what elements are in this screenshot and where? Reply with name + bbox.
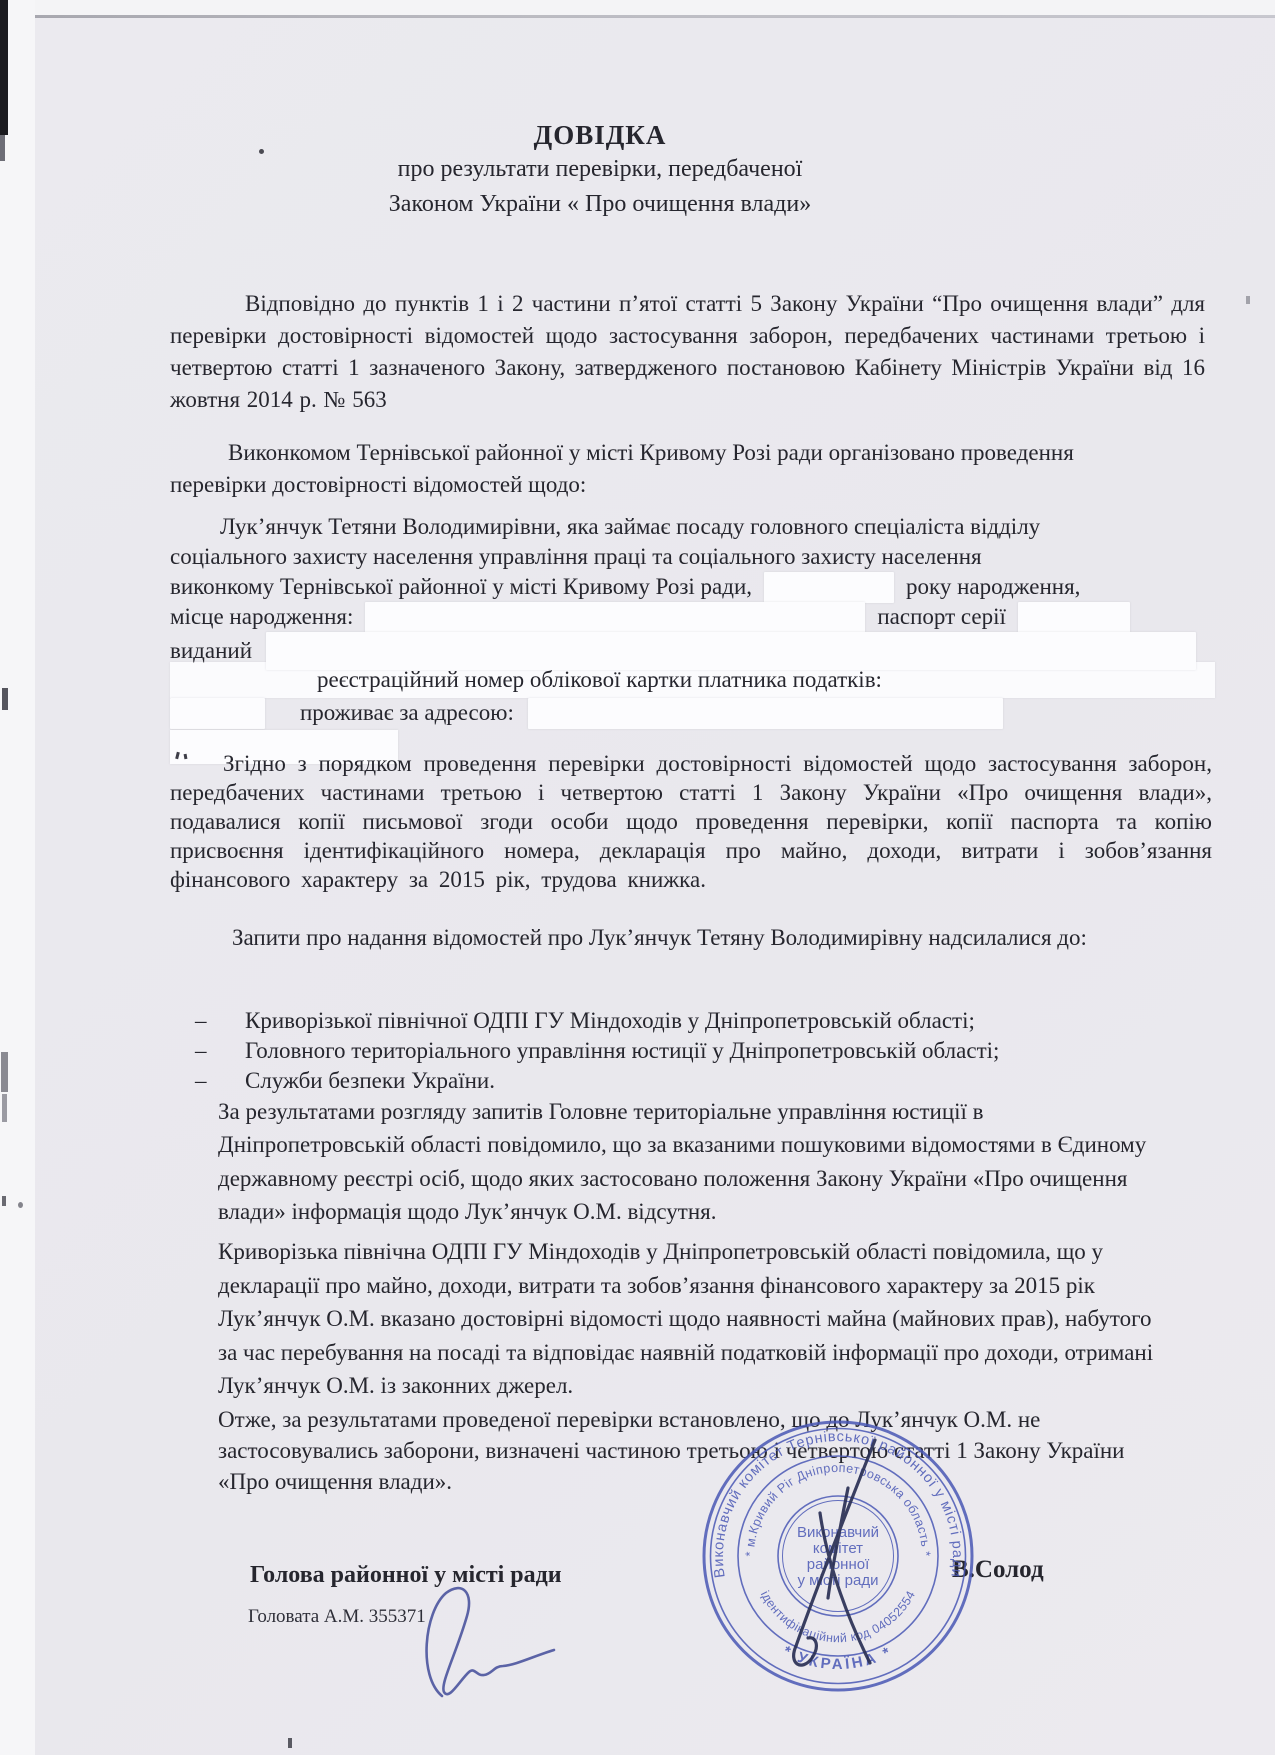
paragraph-person: Лук’янчук Тетяни Володимирівни, яка займ… (170, 512, 1215, 764)
person-line-3: виконкому Тернівської районної у місті К… (170, 572, 1215, 602)
request-list: –Криворізької північної ОДПІ ГУ Міндоход… (170, 1005, 1212, 1095)
dash-bullet: – (195, 1035, 207, 1067)
list-item: –Криворізької північної ОДПІ ГУ Міндоход… (170, 1005, 1212, 1035)
page-edge-shadow (35, 15, 1275, 18)
person-line-5: виданий (170, 632, 1215, 662)
person-line-7: проживає за адресою: (170, 698, 1215, 728)
clerk-reference: Головата А.М. 355371 (248, 1606, 426, 1628)
issued-label: виданий (170, 638, 252, 663)
paragraph-tax-result: Криворізька північна ОДПІ ГУ Міндоходів … (218, 1235, 1158, 1403)
dash-bullet: – (195, 1005, 207, 1037)
person-line-4: місце народження:паспорт серії (170, 602, 1215, 632)
birthplace-label: місце народження: (170, 604, 353, 629)
scan-artifact (288, 1738, 292, 1748)
handwritten-signature (412, 1584, 572, 1709)
redaction-box (528, 698, 1003, 729)
document-title: ДОВІДКА (170, 118, 1030, 152)
subtitle-line-2: Законом України « Про очищення влади» (170, 187, 1030, 222)
title-block: ДОВІДКА про результати перевірки, передб… (170, 118, 1030, 222)
address-label: проживає за адресою: (300, 700, 514, 725)
stamp-center-line-3: районної (807, 1556, 870, 1573)
paragraph-intro: Відповідно до пунктів 1 і 2 частини п’ят… (170, 288, 1205, 416)
scan-artifact (1, 1052, 8, 1092)
scan-artifact (2, 1094, 7, 1122)
scan-artifact (1246, 296, 1250, 304)
list-item: –Служби безпеки України. (170, 1065, 1212, 1095)
redaction-box (1018, 602, 1130, 633)
paragraph-conclusion: Отже, за результатами проведеної перевір… (218, 1404, 1158, 1497)
redaction-box (365, 602, 865, 633)
signature-stroke (427, 1588, 554, 1696)
person-line-3-text: виконкому Тернівської районної у місті К… (170, 574, 752, 599)
scan-artifact (2, 1196, 6, 1206)
passport-label: паспорт серії (877, 604, 1006, 629)
redaction-box (170, 698, 265, 729)
scan-artifact (18, 1202, 23, 1208)
birth-year-label: року народження, (906, 574, 1080, 599)
subtitle-line-1: про результати перевірки, передбаченої (170, 152, 1030, 187)
tax-number-label: реєстраційний номер облікової картки пла… (317, 667, 882, 692)
scan-artifact (0, 0, 8, 135)
list-item: –Головного територіального управління юс… (170, 1035, 1212, 1065)
person-line-2: соціального захисту населення управління… (170, 542, 1215, 572)
scanner-margin (0, 0, 35, 1755)
paragraph-procedure: Згідно з порядком проведення перевірки д… (170, 749, 1212, 894)
scan-artifact (0, 135, 5, 161)
dash-bullet: – (195, 1065, 207, 1097)
paragraph-requests: Запити про надання відомостей про Лук’ян… (170, 922, 1130, 953)
person-line-1: Лук’янчук Тетяни Володимирівни, яка займ… (170, 512, 1215, 542)
scan-artifact (2, 688, 8, 710)
redaction-box (764, 572, 894, 603)
paragraph-organizer: Виконкомом Тернівської районної у місті … (170, 437, 1090, 501)
official-round-stamp: Виконавчий комітет Тернівської районної … (700, 1418, 976, 1694)
paragraph-justice-result: За результатами розгляду запитів Головне… (218, 1095, 1158, 1229)
